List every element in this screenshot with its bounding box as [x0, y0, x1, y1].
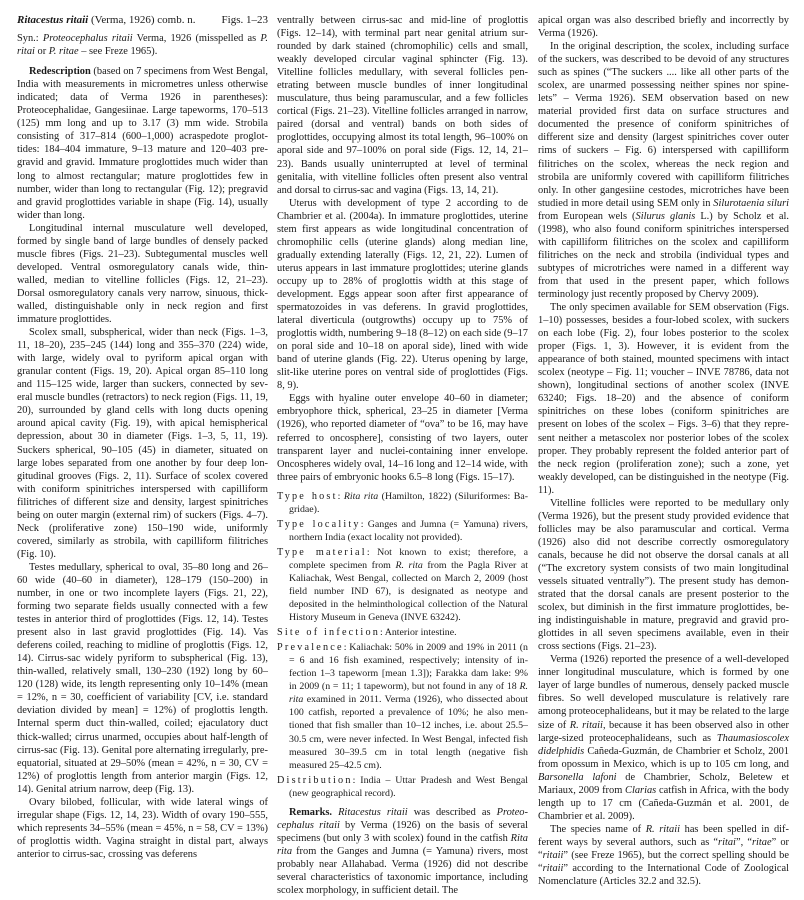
figure-reference: Figs. 1–23	[222, 14, 268, 27]
scolex-paragraph: Scolex small, subspherical, wider than n…	[17, 326, 268, 561]
redescription-paragraph: Redescription (based on 7 specimens from…	[17, 65, 268, 222]
site-of-infection-field: Site of infection: Anterior intestine.	[277, 626, 528, 639]
apical-organ-paragraph: apical organ was also described briefly …	[538, 14, 789, 40]
type-host-field: Type host: Rita rita (Hamilton, 1822) (S…	[277, 490, 528, 516]
sem-observation-paragraph: In the original description, the scolex,…	[538, 40, 789, 301]
redescription-label: Redescription	[29, 66, 91, 77]
middle-column: ventrally between cirrus-sac and mid-lin…	[277, 14, 528, 897]
right-column: apical organ was also described briefly …	[538, 14, 789, 888]
synonym-line: Syn.: Proteocephalus ritaii Verma, 1926 …	[17, 32, 268, 58]
paper-page: Ritacestus ritaii (Verma, 1926) comb. n.…	[0, 0, 804, 900]
sem-specimen-paragraph: The only specimen available for SEM obse…	[538, 301, 789, 497]
species-name-spelling-paragraph: The species name of R. ritaii has been s…	[538, 823, 789, 888]
vagina-vitelline-paragraph: ventrally between cirrus-sac and mid-lin…	[277, 14, 528, 197]
testes-paragraph: Testes medullary, spherical to oval, 35–…	[17, 561, 268, 796]
uterus-paragraph: Uterus with development of type 2 accord…	[277, 197, 528, 393]
vitelline-remarks-paragraph: Vitelline follicles were reported to be …	[538, 497, 789, 654]
ovary-paragraph: Ovary bilobed, follicular, with wide lat…	[17, 796, 268, 861]
species-heading: Ritacestus ritaii (Verma, 1926) comb. n.…	[17, 14, 268, 27]
species-authority: (Verma, 1926) comb. n.	[88, 14, 195, 26]
distribution-field: Distribution: India – Uttar Pradesh and …	[277, 774, 528, 800]
type-material-field: Type material: Not known to exist; there…	[277, 546, 528, 624]
musculature-paragraph: Longitudinal internal musculature well d…	[17, 222, 268, 326]
remarks-paragraph: Remarks. Ritacestus ritaii was described…	[277, 806, 528, 897]
prevalence-field: Prevalence: Kaliachak: 50% in 2009 and 1…	[277, 641, 528, 771]
type-locality-field: Type locality: Ganges and Jumna (= Yamun…	[277, 518, 528, 544]
species-name: Ritacestus ritaii	[17, 14, 88, 26]
remarks-label: Remarks.	[289, 807, 332, 818]
left-column: Ritacestus ritaii (Verma, 1926) comb. n.…	[17, 14, 268, 861]
musculature-remarks-paragraph: Verma (1926) reported the presence of a …	[538, 653, 789, 823]
eggs-paragraph: Eggs with hyaline outer envelope 40–60 i…	[277, 392, 528, 483]
synonym-name: Proteocephalus ritaii	[43, 33, 133, 44]
